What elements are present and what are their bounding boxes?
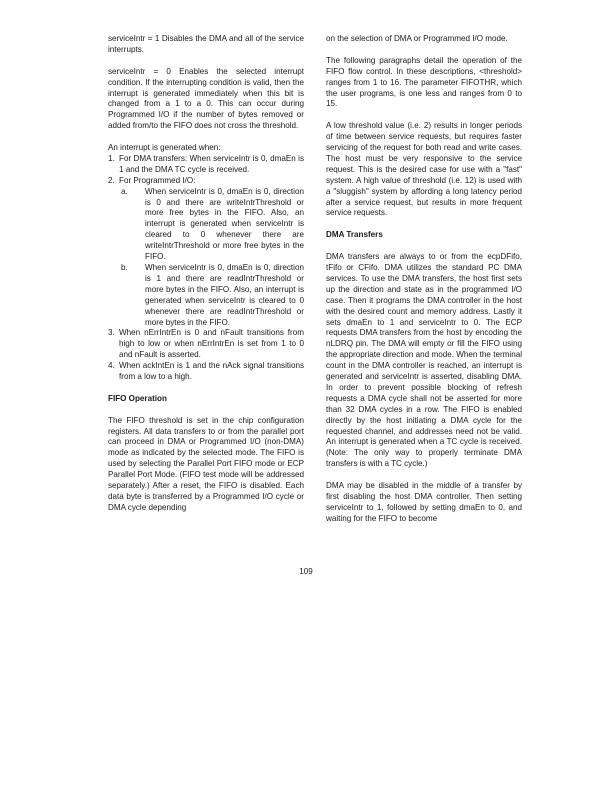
- paragraph-dma-transfers: DMA transfers are always to or from the …: [326, 252, 522, 470]
- sub-list-item: b. When serviceIntr is 0, dmaEn is 0, di…: [119, 263, 304, 328]
- sub-list-text: When serviceIntr is 0, dmaEn is 0, direc…: [145, 187, 304, 263]
- paragraph-fifo-operation: The FIFO threshold is set in the chip co…: [108, 416, 304, 514]
- page-number: 109: [0, 567, 612, 576]
- sub-list-letter: b.: [119, 263, 145, 328]
- list-text: When ackIntEn is 1 and the nAck signal t…: [119, 361, 304, 383]
- list-text: When nErrIntrEn is 0 and nFault transiti…: [119, 328, 304, 361]
- sub-list-letter: a.: [119, 187, 145, 263]
- right-column: on the selection of DMA or Programmed I/…: [326, 34, 522, 536]
- list-number: 2.: [108, 176, 119, 329]
- list-number: 3.: [108, 328, 119, 361]
- paragraph-serviceintr-1: serviceIntr = 1 Disables the DMA and all…: [108, 34, 304, 56]
- list-item-body: For Programmed I/O: a. When serviceIntr …: [119, 176, 304, 329]
- paragraph-dma-disable: DMA may be disabled in the middle of a t…: [326, 481, 522, 525]
- paragraph-threshold: A low threshold value (i.e. 2) results i…: [326, 121, 522, 219]
- heading-fifo-operation: FIFO Operation: [108, 394, 304, 405]
- paragraph-fifo-flow-control: The following paragraphs detail the oper…: [326, 56, 522, 111]
- list-number: 1.: [108, 154, 119, 176]
- list-item: 2. For Programmed I/O: a. When serviceIn…: [108, 176, 304, 329]
- list-item: 1. For DMA transfers: When serviceIntr i…: [108, 154, 304, 176]
- list-number: 4.: [108, 361, 119, 383]
- sub-list-text: When serviceIntr is 0, dmaEn is 0, direc…: [145, 263, 304, 328]
- heading-dma-transfers: DMA Transfers: [326, 230, 522, 241]
- left-column: serviceIntr = 1 Disables the DMA and all…: [108, 34, 304, 525]
- paragraph-serviceintr-0: serviceIntr = 0 Enables the selected int…: [108, 67, 304, 132]
- paragraph-continuation: on the selection of DMA or Programmed I/…: [326, 34, 522, 45]
- list-item: 3. When nErrIntrEn is 0 and nFault trans…: [108, 328, 304, 361]
- list-text: For DMA transfers: When serviceIntr is 0…: [119, 154, 304, 176]
- interrupt-list: 1. For DMA transfers: When serviceIntr i…: [108, 154, 304, 383]
- list-item: 4. When ackIntEn is 1 and the nAck signa…: [108, 361, 304, 383]
- interrupt-list-intro: An interrupt is generated when:: [108, 143, 304, 154]
- sub-list-item: a. When serviceIntr is 0, dmaEn is 0, di…: [119, 187, 304, 263]
- list-text: For Programmed I/O:: [119, 176, 304, 187]
